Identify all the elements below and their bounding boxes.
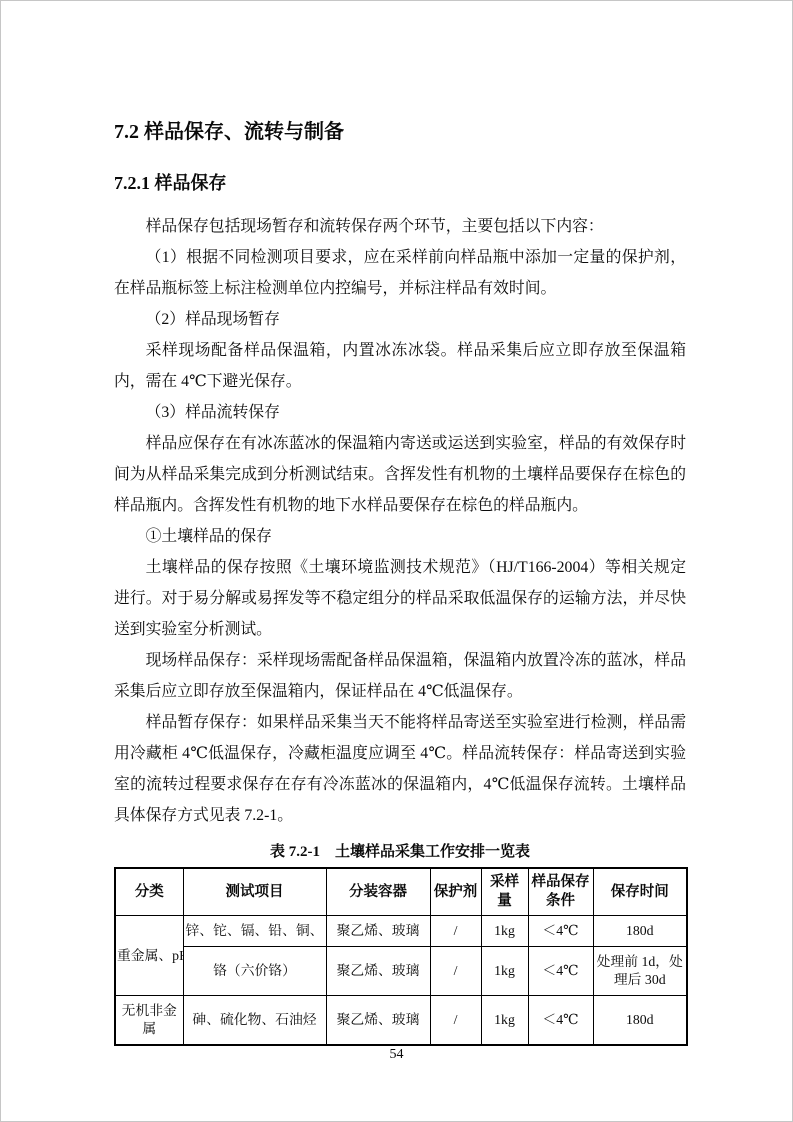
cell-protectant: /	[430, 996, 481, 1046]
cell-amount: 1kg	[481, 916, 528, 947]
body-text: 样品保存包括现场暂存和流转保存两个环节，主要包括以下内容： （1）根据不同检测项…	[114, 211, 686, 831]
table-row: 无机非金属 砷、硫化物、石油烃 聚乙烯、玻璃 / 1kg ＜4℃ 180d	[115, 996, 687, 1046]
paragraph: 采样现场配备样品保温箱，内置冰冻冰袋。样品采集后应立即存放至保温箱内，需在 4℃…	[114, 335, 686, 397]
header-duration: 保存时间	[593, 868, 687, 916]
paragraph: 样品应保存在有冰冻蓝冰的保温箱内寄送或运送到实验室，样品的有效保存时间为从样品采…	[114, 428, 686, 521]
table-caption: 表 7.2-1 土壤样品采集工作安排一览表	[114, 841, 686, 863]
paragraph: （2）样品现场暂存	[114, 304, 686, 335]
paragraph: ①土壤样品的保存	[114, 521, 686, 552]
header-category: 分类	[115, 868, 183, 916]
table-header-row: 分类 测试项目 分装容器 保护剂 采样量 样品保存条件 保存时间	[115, 868, 687, 916]
paragraph: 样品暂存保存：如果样品采集当天不能将样品寄送至实验室进行检测，样品需用冷藏柜 4…	[114, 707, 686, 831]
table-row: 重金属、pH 锌、铊、镉、铅、铜、 聚乙烯、玻璃 / 1kg ＜4℃ 180d	[115, 916, 687, 947]
cell-protectant: /	[430, 947, 481, 996]
cell-condition: ＜4℃	[528, 996, 593, 1046]
paragraph: 样品保存包括现场暂存和流转保存两个环节，主要包括以下内容：	[114, 211, 686, 242]
cell-test-item: 砷、硫化物、石油烃	[183, 996, 326, 1046]
cell-amount: 1kg	[481, 947, 528, 996]
cell-protectant: /	[430, 916, 481, 947]
section-heading: 7.2 样品保存、流转与制备	[114, 119, 686, 145]
table-row: 铬（六价铬） 聚乙烯、玻璃 / 1kg ＜4℃ 处理前 1d，处理后 30d	[115, 947, 687, 996]
header-amount: 采样量	[481, 868, 528, 916]
cell-test-item: 锌、铊、镉、铅、铜、	[183, 916, 326, 947]
page-number: 54	[1, 1047, 792, 1063]
document-page: 7.2 样品保存、流转与制备 7.2.1 样品保存 样品保存包括现场暂存和流转保…	[0, 0, 793, 1122]
cell-duration: 180d	[593, 996, 687, 1046]
cell-category: 重金属、pH	[115, 916, 183, 996]
cell-container: 聚乙烯、玻璃	[326, 947, 430, 996]
header-test-item: 测试项目	[183, 868, 326, 916]
cell-duration: 180d	[593, 916, 687, 947]
header-protectant: 保护剂	[430, 868, 481, 916]
cell-category: 无机非金属	[115, 996, 183, 1046]
header-condition: 样品保存条件	[528, 868, 593, 916]
cell-duration: 处理前 1d，处理后 30d	[593, 947, 687, 996]
cell-condition: ＜4℃	[528, 916, 593, 947]
cell-amount: 1kg	[481, 996, 528, 1046]
paragraph: （1）根据不同检测项目要求，应在采样前向样品瓶中添加一定量的保护剂，在样品瓶标签…	[114, 242, 686, 304]
cell-container: 聚乙烯、玻璃	[326, 996, 430, 1046]
paragraph: （3）样品流转保存	[114, 397, 686, 428]
page-content: 7.2 样品保存、流转与制备 7.2.1 样品保存 样品保存包括现场暂存和流转保…	[114, 119, 686, 1046]
subsection-heading: 7.2.1 样品保存	[114, 171, 686, 195]
cell-container: 聚乙烯、玻璃	[326, 916, 430, 947]
cell-test-item: 铬（六价铬）	[183, 947, 326, 996]
paragraph: 现场样品保存：采样现场需配备样品保温箱，保温箱内放置冷冻的蓝冰，样品采集后应立即…	[114, 645, 686, 707]
paragraph: 土壤样品的保存按照《土壤环境监测技术规范》（HJ/T166-2004）等相关规定…	[114, 552, 686, 645]
cell-condition: ＜4℃	[528, 947, 593, 996]
soil-sample-table: 分类 测试项目 分装容器 保护剂 采样量 样品保存条件 保存时间 重金属、pH …	[114, 867, 688, 1046]
header-container: 分装容器	[326, 868, 430, 916]
